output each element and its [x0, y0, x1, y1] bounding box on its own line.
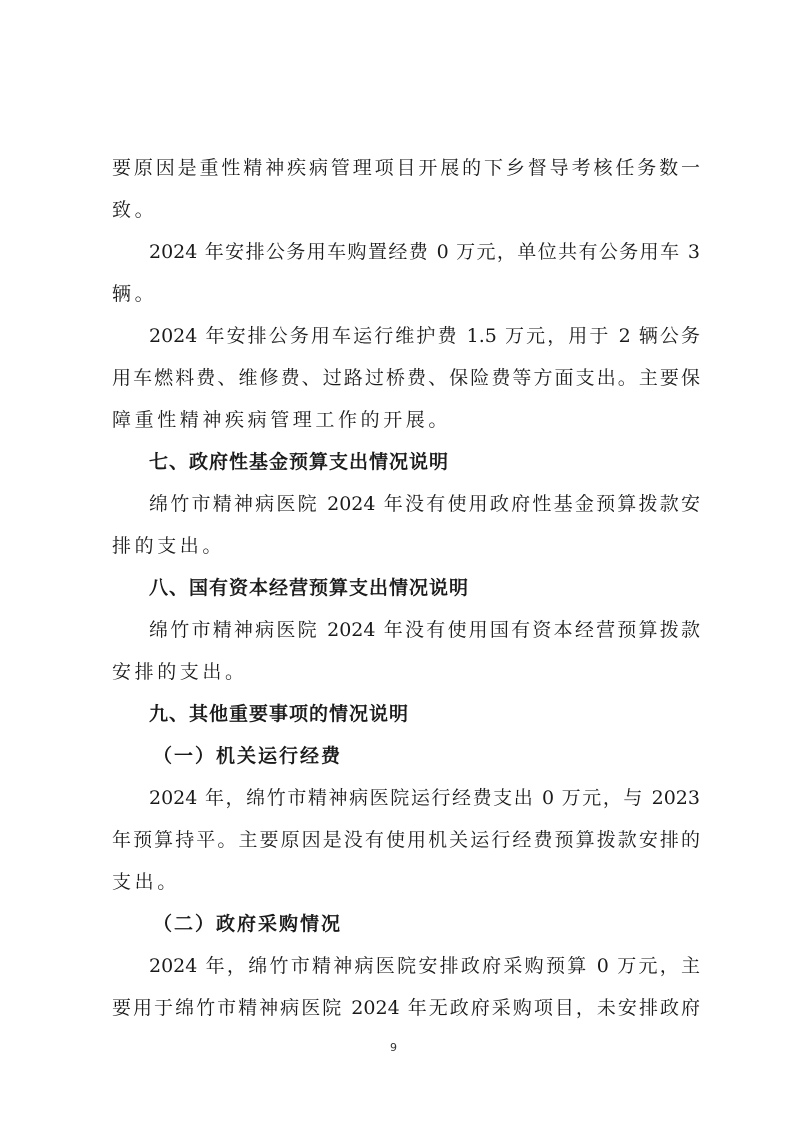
body-text-line: 用车燃料费、维修费、过路过桥费、保险费等方面支出。主要保 [112, 366, 700, 390]
body-text-line: 障重性精神疾病管理工作的开展。 [112, 408, 700, 432]
body-text-line: 安排的支出。 [112, 660, 700, 684]
section-heading: 七、政府性基金预算支出情况说明 [149, 450, 737, 474]
subsection-heading: （一）机关运行经费 [153, 744, 741, 768]
body-text-line: 辆。 [112, 282, 700, 306]
body-text-line: 2024 年安排公务用车运行维护费 1.5 万元，用于 2 辆公务 [149, 324, 700, 348]
section-heading: 八、国有资本经营预算支出情况说明 [149, 576, 737, 600]
body-text-line: 绵竹市精神病医院 2024 年没有使用国有资本经营预算拨款 [149, 618, 700, 642]
body-text-line: 要原因是重性精神疾病管理项目开展的下乡督导考核任务数一 [112, 156, 700, 180]
body-text-line: 要用于绵竹市精神病医院 2024 年无政府采购项目，未安排政府 [112, 996, 700, 1020]
body-text-line: 2024 年，绵竹市精神病医院安排政府采购预算 0 万元，主 [149, 954, 700, 978]
body-text-line: 支出。 [112, 870, 700, 894]
body-text-line: 致。 [112, 198, 700, 222]
body-text-line: 年预算持平。主要原因是没有使用机关运行经费预算拨款安排的 [112, 828, 700, 852]
document-page: 要原因是重性精神疾病管理项目开展的下乡督导考核任务数一致。2024 年安排公务用… [0, 0, 792, 1122]
page-number: 9 [390, 1041, 397, 1054]
subsection-heading: （二）政府采购情况 [153, 912, 741, 936]
body-text-line: 2024 年安排公务用车购置经费 0 万元，单位共有公务用车 3 [149, 240, 700, 264]
section-heading: 九、其他重要事项的情况说明 [149, 702, 737, 726]
body-text-line: 排的支出。 [112, 534, 700, 558]
body-text-line: 2024 年，绵竹市精神病医院运行经费支出 0 万元，与 2023 [149, 786, 700, 810]
body-text-line: 绵竹市精神病医院 2024 年没有使用政府性基金预算拨款安 [149, 492, 700, 516]
